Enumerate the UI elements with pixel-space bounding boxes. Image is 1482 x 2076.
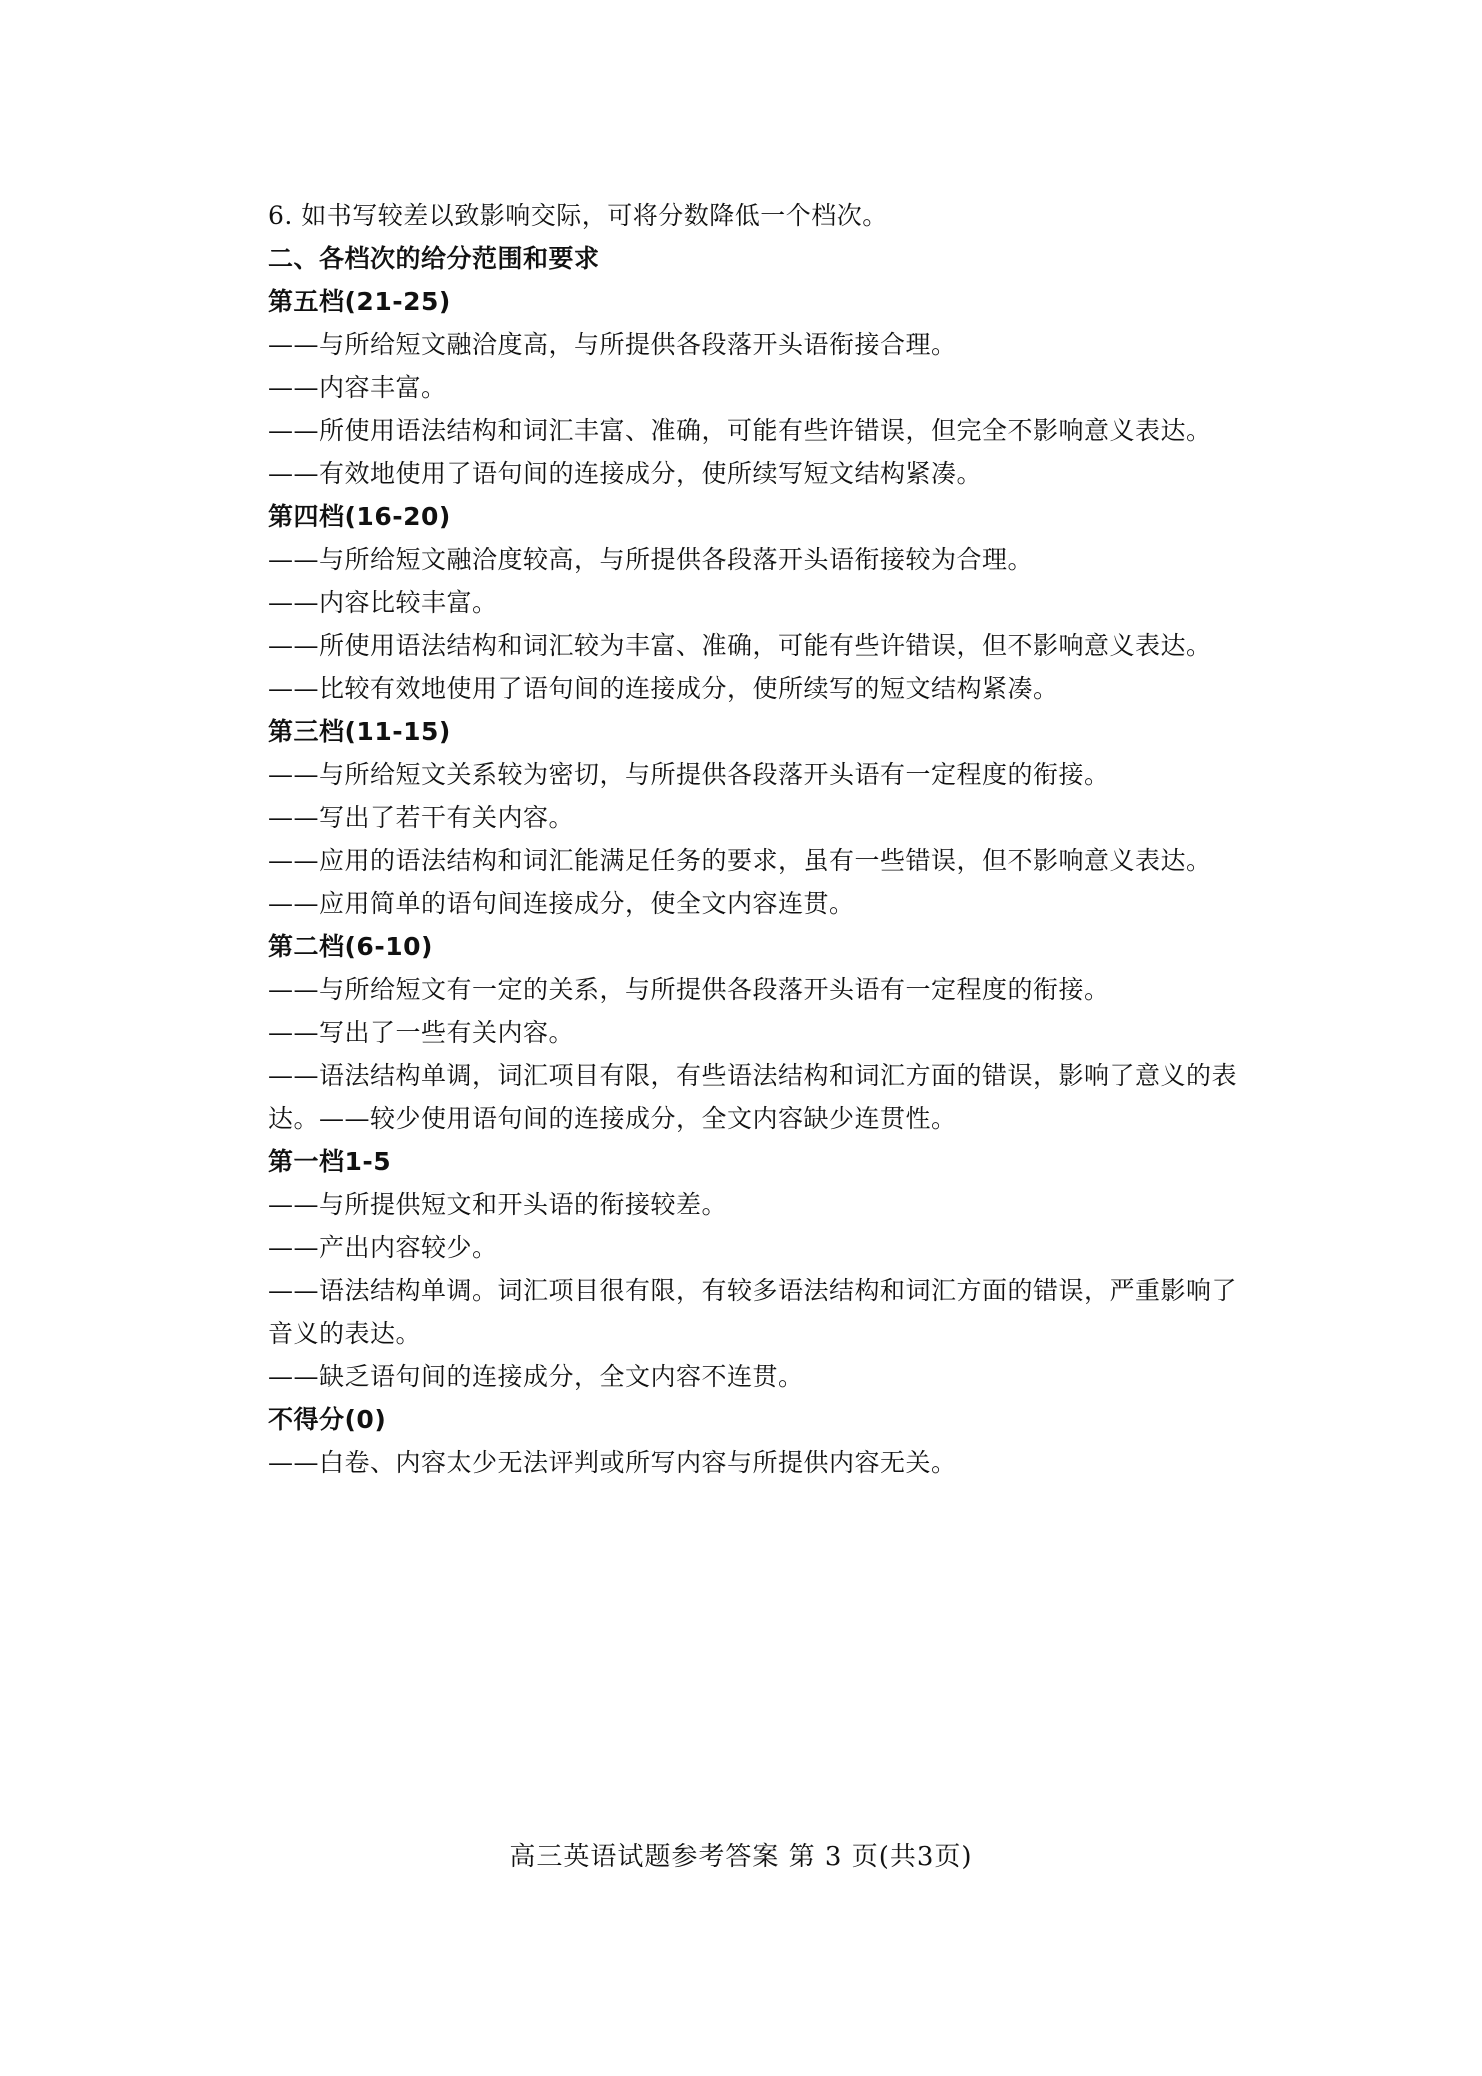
criterion: ——缺乏语句间的连接成分，全文内容不连贯。 (268, 1355, 1348, 1398)
level-heading: 第二档(6-10) (268, 925, 1348, 968)
criterion: ——内容比较丰富。 (268, 581, 1348, 624)
criterion: ——白卷、内容太少无法评判或所写内容与所提供内容无关。 (268, 1441, 1348, 1484)
level-5-block: 第五档(21-25) ——与所给短文融洽度高，与所提供各段落开头语衔接合理。 —… (268, 280, 1348, 495)
criterion: ——内容丰富。 (268, 366, 1348, 409)
level-heading: 第五档(21-25) (268, 280, 1348, 323)
criterion: ——写出了一些有关内容。 (268, 1011, 1348, 1054)
intro-line: 6. 如书写较差以致影响交际，可将分数降低一个档次。 (268, 194, 1348, 237)
criterion: ——比较有效地使用了语句间的连接成分，使所续写的短文结构紧凑。 (268, 667, 1348, 710)
page-footer: 高三英语试题参考答案 第 3 页(共3页) (0, 1836, 1482, 1873)
section-title: 二、各档次的给分范围和要求 (268, 237, 1348, 280)
level-heading: 第三档(11-15) (268, 710, 1348, 753)
level-4-block: 第四档(16-20) ——与所给短文融洽度较高，与所提供各段落开头语衔接较为合理… (268, 495, 1348, 710)
criterion: ——与所提供短文和开头语的衔接较差。 (268, 1183, 1348, 1226)
level-3-block: 第三档(11-15) ——与所给短文关系较为密切，与所提供各段落开头语有一定程度… (268, 710, 1348, 925)
criterion: ——有效地使用了语句间的连接成分，使所续写短文结构紧凑。 (268, 452, 1348, 495)
criterion: ——与所给短文融洽度较高，与所提供各段落开头语衔接较为合理。 (268, 538, 1348, 581)
level-heading: 不得分(0) (268, 1398, 1348, 1441)
criterion: ——写出了若干有关内容。 (268, 796, 1348, 839)
criterion: ——与所给短文融洽度高，与所提供各段落开头语衔接合理。 (268, 323, 1348, 366)
criterion: ——所使用语法结构和词汇较为丰富、准确，可能有些许错误，但不影响意义表达。 (268, 624, 1348, 667)
criterion: 达。——较少使用语句间的连接成分，全文内容缺少连贯性。 (268, 1097, 1348, 1140)
criterion: ——产出内容较少。 (268, 1226, 1348, 1269)
criterion: ——应用的语法结构和词汇能满足任务的要求，虽有一些错误，但不影响意义表达。 (268, 839, 1348, 882)
criterion: ——与所给短文关系较为密切，与所提供各段落开头语有一定程度的衔接。 (268, 753, 1348, 796)
level-2-block: 第二档(6-10) ——与所给短文有一定的关系，与所提供各段落开头语有一定程度的… (268, 925, 1348, 1140)
criterion: ——所使用语法结构和词汇丰富、准确，可能有些许错误，但完全不影响意义表达。 (268, 409, 1348, 452)
level-1-block: 第一档1-5 ——与所提供短文和开头语的衔接较差。 ——产出内容较少。 ——语法… (268, 1140, 1348, 1398)
level-heading: 第四档(16-20) (268, 495, 1348, 538)
level-heading: 第一档1-5 (268, 1140, 1348, 1183)
criterion: ——语法结构单调，词汇项目有限，有些语法结构和词汇方面的错误，影响了意义的表 (268, 1054, 1348, 1097)
document-body: 6. 如书写较差以致影响交际，可将分数降低一个档次。 二、各档次的给分范围和要求… (268, 194, 1348, 1484)
criterion: 音义的表达。 (268, 1312, 1348, 1355)
level-0-block: 不得分(0) ——白卷、内容太少无法评判或所写内容与所提供内容无关。 (268, 1398, 1348, 1484)
criterion: ——与所给短文有一定的关系，与所提供各段落开头语有一定程度的衔接。 (268, 968, 1348, 1011)
criterion: ——应用简单的语句间连接成分，使全文内容连贯。 (268, 882, 1348, 925)
criterion: ——语法结构单调。词汇项目很有限，有较多语法结构和词汇方面的错误，严重影响了 (268, 1269, 1348, 1312)
